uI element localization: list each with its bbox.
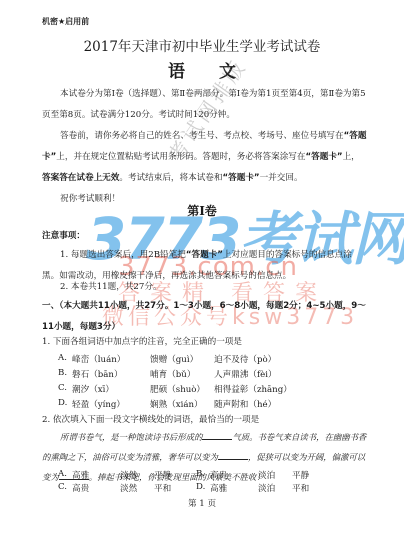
choice-word: 淡然 (120, 469, 154, 481)
choice-word: 平静 (154, 469, 196, 481)
question-2-choices-row-2: C. 高贵 淡然 平和 D. 高雅 淡泊 平和 (58, 482, 334, 494)
text: 上， (343, 152, 360, 162)
option-label: D. (58, 398, 72, 410)
exam-title: 2017年天津市初中毕业生学业考试试卷 (0, 35, 404, 55)
question-1-option-d: D. 轻盈（yíng） 娴熟（xián） 随声附和（hé） (58, 398, 324, 410)
option-label: B. (58, 368, 72, 380)
fill-blank-1 (202, 431, 232, 440)
section-heading: 一、（本大题共11小题，共27分。1～3小题，6～8小题，每题2分；4~5小题，… (42, 296, 368, 338)
option-item: 相得益彰（zhāng） (214, 383, 324, 395)
page-number: 第 1 页 (0, 497, 404, 509)
text: 一并交回。 (260, 173, 303, 183)
choice-label: C. (58, 482, 72, 494)
option-item: 峰峦（luán） (72, 353, 150, 365)
choice-label: A. (58, 469, 72, 481)
invalid-answer-warning: 答案答在试卷上无效 (42, 173, 119, 183)
volume-title: 第Ⅰ卷 (0, 202, 404, 219)
choice-word: 平和 (292, 482, 334, 494)
choice-word: 淡然 (120, 482, 154, 494)
option-label: A. (58, 353, 72, 365)
answer-card-term: “答题卡” (186, 250, 223, 260)
choice-word: 高贵 (210, 469, 258, 481)
option-item: 磐石（bān） (72, 368, 150, 380)
fill-blank-2 (218, 451, 248, 460)
option-item: 馈赠（guì） (150, 353, 214, 365)
option-item: 随声附和（hé） (214, 398, 324, 410)
text: 所谓书卷气，是一种饱读诗书后形成的 (60, 432, 202, 442)
text: 。考试结束后，将本试卷和 (119, 173, 222, 183)
text: 1. 每题选出答案后，用2B铅笔把 (60, 250, 186, 260)
question-1-option-c: C. 潮汐（xī） 肥硕（shuò） 相得益彰（zhāng） (58, 383, 324, 395)
choice-label: D. (196, 482, 210, 494)
question-2-choices-row-1: A. 高雅 淡然 平静 B. 高贵 淡泊 平静 (58, 469, 334, 481)
choice-word: 高雅 (72, 469, 120, 481)
question-1-option-a: A. 峰峦（luán） 馈赠（guì） 迫不及待（pò） (58, 353, 324, 365)
option-item: 轻盈（yíng） (72, 398, 150, 410)
question-2-stem: 2. 依次填入下面一段文字横线处的词语，最恰当的一项是 (42, 413, 259, 425)
question-1-option-b: B. 磐石（bān） 哺育（bǔ） 人声鼎沸（fèi） (58, 368, 324, 380)
choice-label: B. (196, 469, 210, 481)
option-item: 娴熟（xián） (150, 398, 214, 410)
option-item: 人声鼎沸（fèi） (214, 368, 324, 380)
option-item: 肥硕（shuò） (150, 383, 214, 395)
notice-heading: 注意事项： (42, 229, 85, 241)
answer-card-term: “答题卡” (305, 152, 342, 162)
subject-title: 语 文 (0, 57, 404, 82)
question-1-stem: 1. 下面各组词语中加点字的注音，完全正确的一项是 (42, 335, 242, 347)
choice-word: 平静 (292, 469, 334, 481)
notice-item-2: 2. 本卷共11题，共27分。 (42, 277, 368, 298)
option-item: 哺育（bǔ） (150, 368, 214, 380)
answer-card-term: “答题卡” (223, 173, 260, 183)
option-item: 迫不及待（pò） (214, 353, 324, 365)
choice-word: 高贵 (72, 482, 120, 494)
option-item: 潮汐（xī） (72, 383, 150, 395)
option-label: C. (58, 383, 72, 395)
exam-page: 机密★启用前 2017年天津市初中毕业生学业考试试卷 语 文 本试卷分为第Ⅰ卷（… (0, 0, 404, 539)
confidential-label: 机密★启用前 (42, 16, 89, 27)
choice-word: 高雅 (210, 482, 258, 494)
choice-word: 淡泊 (258, 469, 292, 481)
choice-word: 淡泊 (258, 482, 292, 494)
choice-word: 平和 (154, 482, 196, 494)
